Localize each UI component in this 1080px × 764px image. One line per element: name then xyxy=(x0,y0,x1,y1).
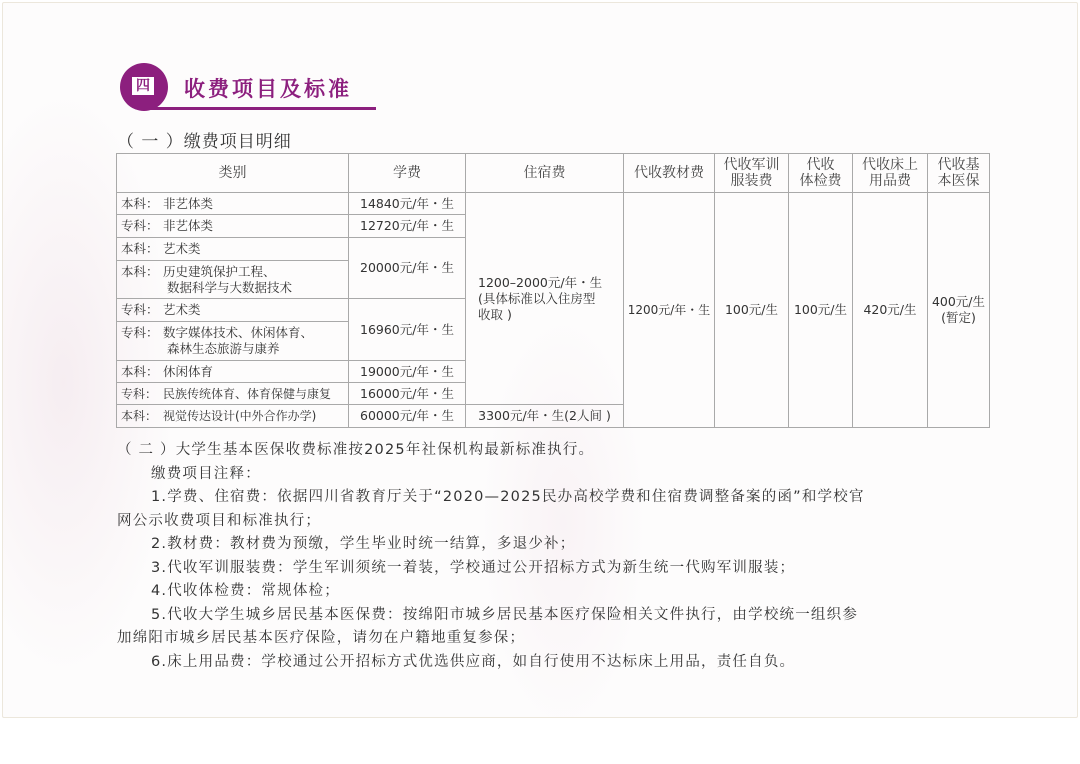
header-military-uniform: 代收军训服装费 xyxy=(715,154,789,193)
tuition-cell: 14840元/年・生 xyxy=(349,193,466,215)
note-item-1-cont: 网公示收费项目和标准执行； xyxy=(117,510,997,534)
note-item-3: 3.代收军训服装费：学生军训须统一着装，学校通过公开招标方式为新生统一代购军训服… xyxy=(117,557,997,581)
accommodation-coop-cell: 3300元/年・生(2人间 ) xyxy=(466,405,624,428)
header-category: 类别 xyxy=(117,154,349,193)
tuition-cell: 60000元/年・生 xyxy=(349,405,466,428)
insurance-fee-cell: 400元/生 (暂定) xyxy=(928,193,990,428)
military-uniform-fee-cell: 100元/生 xyxy=(715,193,789,428)
header-medical-exam: 代收体检费 xyxy=(789,154,853,193)
category-cell: 本科：视觉传达设计(中外合作办学) xyxy=(117,405,349,428)
bedding-fee-cell: 420元/生 xyxy=(853,193,928,428)
section-number: 四 xyxy=(132,77,154,95)
tuition-cell: 16000元/年・生 xyxy=(349,383,466,405)
fee-table: 类别 学费 住宿费 代收教材费 代收军训服装费 代收体检费 代收床上用品费 代收… xyxy=(116,153,990,428)
header-accommodation: 住宿费 xyxy=(466,154,624,193)
note-item-5: 5.代收大学生城乡居民基本医保费：按绵阳市城乡居民基本医疗保险相关文件执行，由学… xyxy=(117,604,997,628)
category-cell: 本科：艺术类 xyxy=(117,238,349,261)
table-header-row: 类别 学费 住宿费 代收教材费 代收军训服装费 代收体检费 代收床上用品费 代收… xyxy=(117,154,990,193)
document-page: 四 收费项目及标准 （ 一 ）缴费项目明细 类别 学费 住宿费 代收教材费 代收… xyxy=(2,2,1078,718)
fee-notes: （ 二 ）大学生基本医保收费标准按2025年社保机构最新标准执行。 缴费项目注释… xyxy=(117,439,997,674)
header-insurance: 代收基本医保 xyxy=(928,154,990,193)
tuition-cell: 12720元/年・生 xyxy=(349,215,466,238)
medical-exam-fee-cell: 100元/生 xyxy=(789,193,853,428)
notes-title: 缴费项目注释： xyxy=(117,463,997,487)
category-cell: 本科：休闲体育 xyxy=(117,361,349,383)
note-item-4: 4.代收体检费：常规体检； xyxy=(117,580,997,604)
tuition-cell: 20000元/年・生 xyxy=(349,238,466,299)
textbook-fee-cell: 1200元/年・生 xyxy=(624,193,715,428)
category-cell: 专科：非艺体类 xyxy=(117,215,349,238)
tuition-cell: 16960元/年・生 xyxy=(349,299,466,361)
accommodation-general-cell: 1200–2000元/年・生 (具体标准以入住房型 收取 ) xyxy=(466,193,624,405)
note-item-6: 6.床上用品费：学校通过公开招标方式优选供应商，如自行使用不达标床上用品，责任自… xyxy=(117,651,997,675)
subsection-title-fee-details: （ 一 ）缴费项目明细 xyxy=(117,127,292,152)
table-row: 本科：非艺体类 14840元/年・生 1200–2000元/年・生 (具体标准以… xyxy=(117,193,990,215)
category-cell: 专科：艺术类 xyxy=(117,299,349,322)
category-cell: 专科：民族传统体育、体育保健与康复 xyxy=(117,383,349,405)
header-textbook: 代收教材费 xyxy=(624,154,715,193)
section-number-badge: 四 xyxy=(120,63,168,111)
section-underline xyxy=(144,107,376,110)
category-cell: 专科：数字媒体技术、休闲体育、森林生态旅游与康养 xyxy=(117,322,349,361)
section-title: 收费项目及标准 xyxy=(184,73,352,103)
note-item-5-cont: 加绵阳市城乡居民基本医疗保险，请勿在户籍地重复参保； xyxy=(117,627,997,651)
header-bedding: 代收床上用品费 xyxy=(853,154,928,193)
category-cell: 本科：历史建筑保护工程、数据科学与大数据技术 xyxy=(117,261,349,299)
header-tuition: 学费 xyxy=(349,154,466,193)
tuition-cell: 19000元/年・生 xyxy=(349,361,466,383)
note-item-1: 1.学费、住宿费：依据四川省教育厅关于“2020—2025民办高校学费和住宿费调… xyxy=(117,486,997,510)
section-heading: 四 收费项目及标准 xyxy=(120,63,378,113)
note-item-2: 2.教材费：教材费为预缴，学生毕业时统一结算，多退少补； xyxy=(117,533,997,557)
subsection-title-insurance: （ 二 ）大学生基本医保收费标准按2025年社保机构最新标准执行。 xyxy=(117,439,997,463)
category-cell: 本科：非艺体类 xyxy=(117,193,349,215)
